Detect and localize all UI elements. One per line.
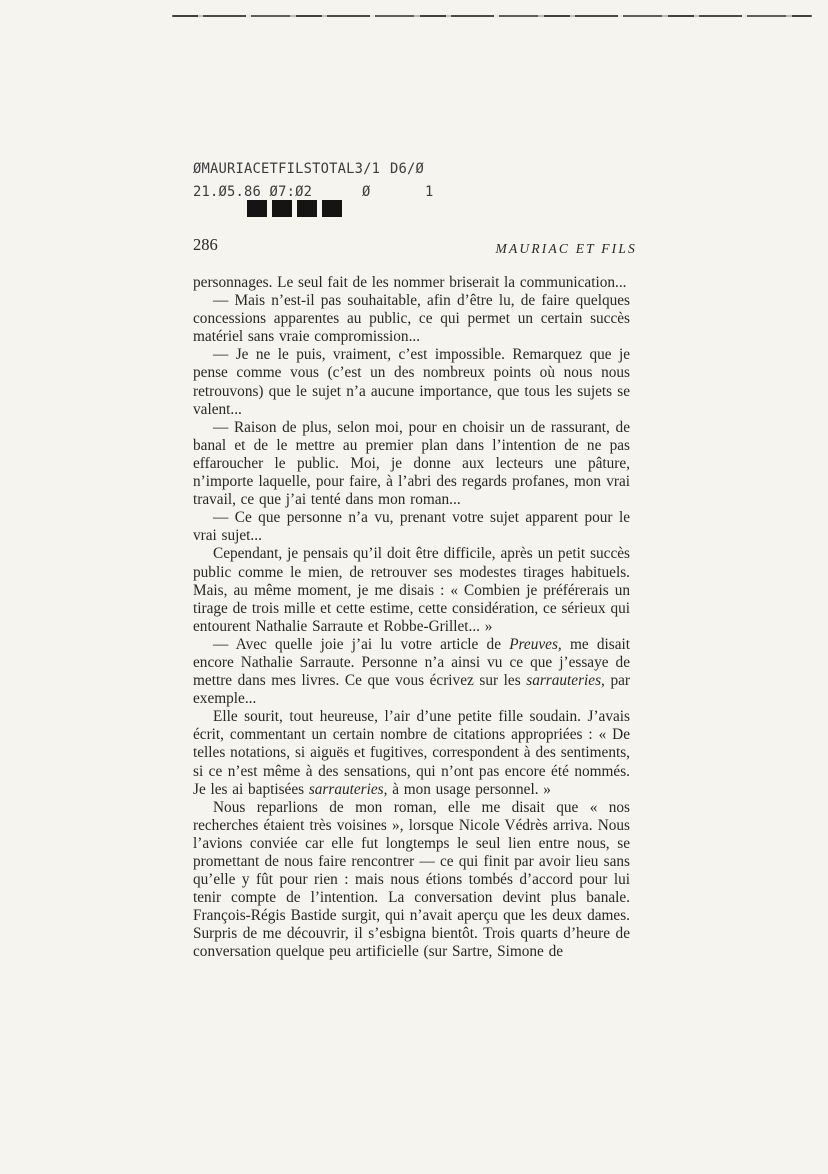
registration-square: [247, 200, 267, 217]
scan-artifact-line: [172, 15, 812, 17]
paragraph: personnages. Le seul fait de les nommer …: [193, 274, 630, 292]
running-title: MAURIAC ET FILS: [200, 241, 637, 257]
registration-square: [322, 200, 342, 217]
typeset-job-id: ØMAURIACETFILSTOTAL3/1: [193, 161, 380, 177]
paragraph: — Ce que personne n’a vu, prenant votre …: [193, 509, 630, 545]
paragraph: Nous reparlions de mon roman, elle me di…: [193, 799, 630, 962]
typeset-counter-zero: Ø: [362, 184, 371, 200]
typeset-datetime: 21.Ø5.86 Ø7:Ø2: [193, 184, 312, 200]
registration-squares: [247, 200, 342, 217]
italic-text: sarrauteries,: [526, 672, 605, 689]
text-segment: Cependant, je pensais qu’il doit être di…: [193, 545, 630, 634]
text-segment: — Ce que personne n’a vu, prenant votre …: [193, 509, 630, 544]
text-segment: à mon usage personnel. »: [387, 781, 550, 798]
italic-text: sarrauteries,: [309, 781, 388, 798]
paragraph: — Mais n’est-il pas souhaitable, afin d’…: [193, 292, 630, 346]
text-segment: — Avec quelle joie j’ai lu votre article…: [213, 636, 509, 653]
text-segment: Nous reparlions de mon roman, elle me di…: [193, 799, 630, 961]
registration-square: [297, 200, 317, 217]
text-segment: personnages. Le seul fait de les nommer …: [193, 274, 626, 291]
paragraph: Cependant, je pensais qu’il doit être di…: [193, 545, 630, 635]
text-segment: — Je ne le puis, vraiment, c’est impossi…: [193, 346, 630, 417]
paragraph: — Avec quelle joie j’ai lu votre article…: [193, 636, 630, 708]
registration-square: [272, 200, 292, 217]
italic-text: Preuves,: [509, 636, 562, 653]
text-segment: — Raison de plus, selon moi, pour en cho…: [193, 419, 630, 508]
paragraph: — Je ne le puis, vraiment, c’est impossi…: [193, 346, 630, 418]
text-segment: — Mais n’est-il pas souhaitable, afin d’…: [193, 292, 630, 345]
paragraph: — Raison de plus, selon moi, pour en cho…: [193, 419, 630, 509]
body-text: personnages. Le seul fait de les nommer …: [193, 274, 630, 962]
scanned-page: ØMAURIACETFILSTOTAL3/1 D6/Ø 21.Ø5.86 Ø7:…: [0, 0, 828, 1174]
paragraph: Elle sourit, tout heureuse, l’air d’une …: [193, 708, 630, 798]
typeset-counter-one: 1: [425, 184, 434, 200]
typeset-code: D6/Ø: [390, 161, 424, 177]
